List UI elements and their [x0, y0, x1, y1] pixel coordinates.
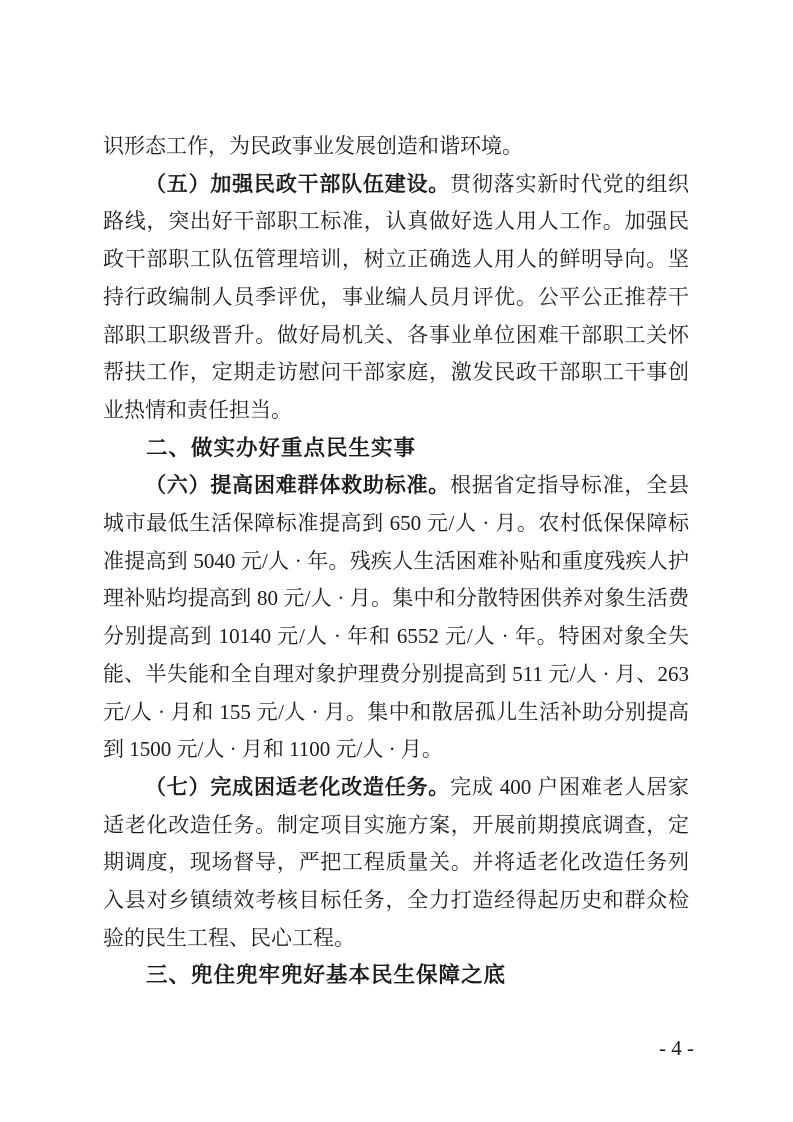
paragraph-continuation: 识形态工作，为民政事业发展创造和谐环境。 — [103, 128, 689, 166]
paragraph-lead-bold: （五）加强民政干部队伍建设。 — [145, 172, 450, 196]
section-heading-3: 三、兜住兜牢兜好基本民生保障之底 — [103, 957, 689, 995]
paragraph-item-6: （六）提高困难群体救助标准。根据省定指导标准，全县城市最低生活保障标准提高到 6… — [103, 467, 689, 769]
paragraph-lead-bold: （七）完成困适老化改造任务。 — [145, 775, 450, 799]
paragraph-text: 贯彻落实新时代党的组织路线，突出好干部职工标准，认真做好选人用人工作。加强民政干… — [103, 172, 689, 422]
paragraph-text: 根据省定指导标准，全县城市最低生活保障标准提高到 650 元/人 · 月。农村低… — [103, 473, 689, 761]
section-heading-text: 三、兜住兜牢兜好基本民生保障之底 — [146, 963, 506, 987]
paragraph-item-7: （七）完成困适老化改造任务。完成 400 户困难老人居家适老化改造任务。制定项目… — [103, 769, 689, 958]
paragraph-lead-bold: （六）提高困难群体救助标准。 — [145, 473, 450, 497]
document-body: 识形态工作，为民政事业发展创造和谐环境。 （五）加强民政干部队伍建设。贯彻落实新… — [103, 128, 689, 995]
paragraph-text: 识形态工作，为民政事业发展创造和谐环境。 — [103, 134, 523, 158]
section-heading-2: 二、做实办好重点民生实事 — [103, 430, 689, 468]
paragraph-item-5: （五）加强民政干部队伍建设。贯彻落实新时代党的组织路线，突出好干部职工标准，认真… — [103, 166, 689, 430]
section-heading-text: 二、做实办好重点民生实事 — [146, 436, 416, 460]
document-page: 识形态工作，为民政事业发展创造和谐环境。 （五）加强民政干部队伍建设。贯彻落实新… — [0, 0, 793, 1122]
page-number: - 4 - — [659, 1036, 694, 1060]
paragraph-text: 完成 400 户困难老人居家适老化改造任务。制定项目实施方案，开展前期摸底调查，… — [103, 775, 689, 950]
